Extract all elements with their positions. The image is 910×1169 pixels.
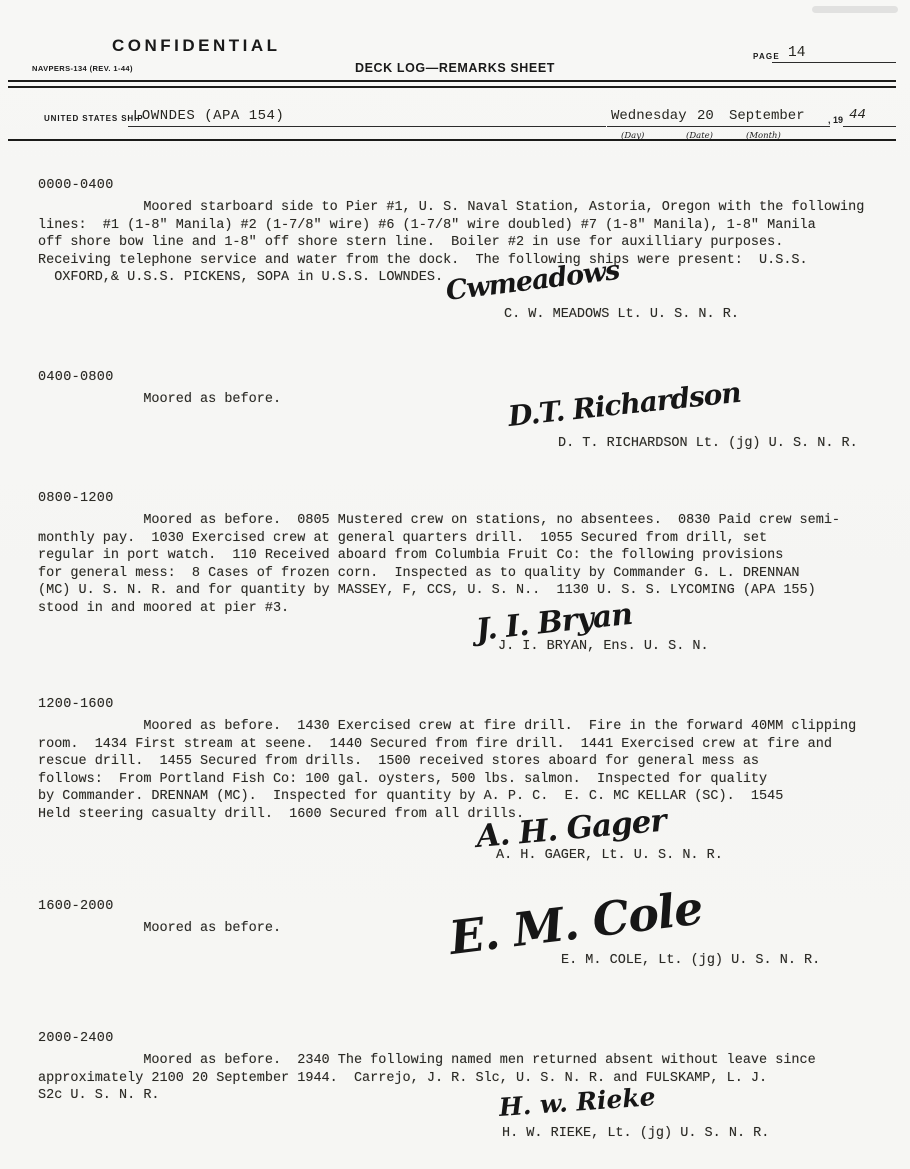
- log-line: Moored as before. 1430 Exercised crew at…: [38, 718, 896, 736]
- log-line: by Commander. DRENNAM (MC). Inspected fo…: [38, 788, 896, 806]
- log-line: Receiving telephone service and water fr…: [38, 252, 896, 270]
- log-entry: 1600-2000 Moored as before. E. M. Cole E…: [38, 899, 896, 938]
- signature-typed-name: E. M. COLE, Lt. (jg) U. S. N. R.: [561, 953, 820, 968]
- entries: 0000-0400 Moored starboard side to Pier …: [0, 0, 910, 1169]
- entry-text: Moored as before. 0805 Mustered crew on …: [38, 512, 896, 617]
- signature-block: D.T. Richardson D. T. RICHARDSON Lt. (jg…: [510, 400, 858, 451]
- log-entry: 2000-2400 Moored as before. 2340 The fol…: [38, 1031, 896, 1105]
- log-entry: 0800-1200 Moored as before. 0805 Mustere…: [38, 491, 896, 617]
- log-line: regular in port watch. 110 Received aboa…: [38, 547, 896, 565]
- signature-typed-name: H. W. RIEKE, Lt. (jg) U. S. N. R.: [502, 1126, 769, 1141]
- log-line: Moored as before. 0805 Mustered crew on …: [38, 512, 896, 530]
- entry-time-range: 1200-1600: [38, 697, 896, 712]
- entry-time-range: 0000-0400: [38, 178, 896, 193]
- signature-block: H. w. Rieke H. W. RIEKE, Lt. (jg) U. S. …: [500, 1093, 769, 1141]
- signature-block: E. M. Cole E. M. COLE, Lt. (jg) U. S. N.…: [453, 911, 820, 968]
- signature-block: J. I. Bryan J. I. BRYAN, Ens. U. S. N.: [478, 613, 709, 654]
- entry-time-range: 0800-1200: [38, 491, 896, 506]
- entry-time-range: 2000-2400: [38, 1031, 896, 1046]
- log-line: Held steering casualty drill. 1600 Secur…: [38, 806, 896, 824]
- log-line: lines: #1 (1-8" Manila) #2 (1-7/8" wire)…: [38, 217, 896, 235]
- log-line: rescue drill. 1455 Secured from drills. …: [38, 753, 896, 771]
- log-line: room. 1434 First stream at seene. 1440 S…: [38, 736, 896, 754]
- log-line: for general mess: 8 Cases of frozen corn…: [38, 565, 896, 583]
- signature-block: A. H. Gager A. H. GAGER, Lt. U. S. N. R.: [478, 819, 723, 863]
- deck-log-page: CONFIDENTIAL PAGE 14 NAVPERS-134 (REV. 1…: [0, 0, 910, 1169]
- log-line: Moored starboard side to Pier #1, U. S. …: [38, 199, 896, 217]
- log-line: monthly pay. 1030 Exercised crew at gene…: [38, 530, 896, 548]
- signature-handwriting: E. M. Cole: [446, 867, 817, 965]
- signature-block: Cwmeadows C. W. MEADOWS Lt. U. S. N. R.: [448, 276, 739, 322]
- log-line: off shore bow line and 1-8" off shore st…: [38, 234, 896, 252]
- log-line: stood in and moored at pier #3.: [38, 600, 896, 618]
- log-entry: 1200-1600 Moored as before. 1430 Exercis…: [38, 697, 896, 823]
- log-entry: 0400-0800 Moored as before. D.T. Richard…: [38, 370, 896, 409]
- log-line: Moored as before. 2340 The following nam…: [38, 1052, 896, 1070]
- log-line: (MC) U. S. N. R. and for quantity by MAS…: [38, 582, 896, 600]
- entry-text: Moored as before. 1430 Exercised crew at…: [38, 718, 896, 823]
- signature-typed-name: C. W. MEADOWS Lt. U. S. N. R.: [504, 307, 739, 322]
- log-entry: 0000-0400 Moored starboard side to Pier …: [38, 178, 896, 287]
- log-line: follows: From Portland Fish Co: 100 gal.…: [38, 771, 896, 789]
- signature-typed-name: D. T. RICHARDSON Lt. (jg) U. S. N. R.: [558, 436, 858, 451]
